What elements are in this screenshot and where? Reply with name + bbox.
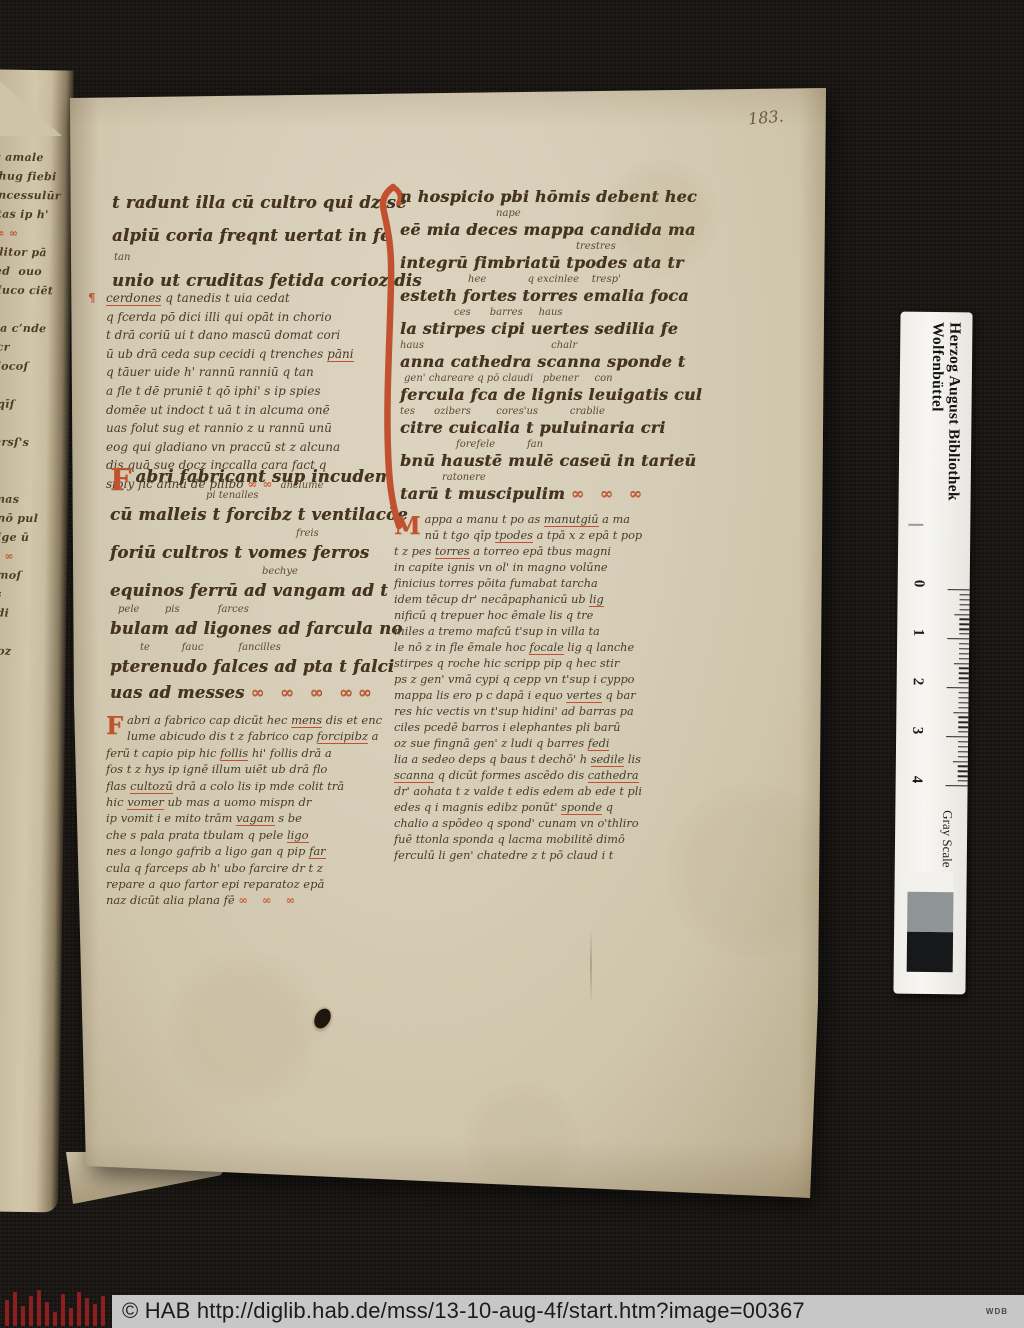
column2-commentary-block: Mappa a manu t po as manutgiū a manū t t… [394,512,642,864]
gray-scale-label: Gray Scale [939,810,956,868]
manuscript-line: bnū haustē mulē caseū in tarieū [400,450,702,472]
manuscript-line: ps z gen' vmā cypi q cepp vn t'sup i cyp… [394,672,642,688]
manuscript-line: lume abicudo dis t z fabrico cap forcipi… [106,728,382,744]
column2-household-block: n hospicio pbi hōmis debent hecnapeeē mi… [400,186,702,505]
line-text: ratonere [442,472,486,483]
manuscript-line: Mappa a manu t po as manutgiū a ma [394,512,642,528]
hab-logo-bar [101,1296,105,1326]
manuscript-line: trestres [576,241,702,252]
ruler-tick [958,746,968,747]
ruler-tick [960,599,970,600]
line-text: stirpes q roche hic scripp pip q hec sti… [394,657,619,670]
manuscript-line: gen' chareare q pō claudi pbener con [404,373,702,384]
ruler-tick [959,692,969,693]
manuscript-line: ¶cerdones q tanedis t uia cedat [106,289,354,308]
ruler-tick [958,702,968,703]
hab-logo-bar [21,1306,25,1326]
ruler-tick [959,609,969,610]
line-text: nificū q trepuer hoc ēmale lis q tre [394,609,593,622]
ruler-tick [959,619,969,620]
line-text: q tāuer uide h' rannū ranniū q tan [106,365,314,379]
ruler-tick [958,756,968,757]
ruler-tick [953,712,968,714]
line-text: bnū haustē mulē caseū in tarieū [400,451,696,470]
ruler-tick [960,594,970,595]
rubric-initial-i-flourish [378,182,404,532]
ruler-tick [959,628,969,629]
ruler-tick [958,741,968,742]
manuscript-line: sibly fic annū de pllibo ∞∞ anclume [106,475,354,496]
line-text: fercula fca de lignis leuigatis cul [400,385,702,404]
line-text: freis [296,528,319,539]
manuscript-line: cū malleis t forcibz t ventilacōe [110,502,408,528]
line-text: bulam ad ligones ad farcula no [110,619,402,638]
column1-tools-block: Fabri fabricant sup incudempi tenallescū… [110,464,408,706]
manuscript-line: hic vomer ub mas a uomo mispn dr [106,794,382,810]
manuscript-line: idem tēcup dr' necāpaphanicū ub lig [394,592,642,608]
line-text: integrū fimbriatū tpodes ata tr [400,253,684,272]
folio-number: 183. [747,106,784,128]
line-text: finicius torres pōita fumabat tarcha [394,577,598,590]
line-text: equinos ferrū ad vangam ad t [110,581,388,600]
hab-logo-bar [45,1302,49,1326]
manuscript-line: res hic vectis vn t'sup hidini' ad barra… [394,704,642,720]
line-text: citre cuicalia t puluinaria cri [400,418,666,437]
column1-commentary2-block: Fabri a fabrico cap dicūt hec mens dis e… [106,712,382,909]
manuscript-line: le nō z in fle ēmale hoc focale lig q la… [394,640,642,656]
rubric-line-filler: ∞∞ [247,477,277,491]
manuscript-line: Fabri fabricant sup incudem [110,464,408,490]
ruler-tick [958,707,968,708]
line-text: ferū t capio pip hic follis hi' follis d… [106,746,332,761]
manuscript-line: tarū t muscipulim ∞ ∞ ∞ [400,483,702,505]
line-text: oz sue fingnā gen' z ludi q barres fedi [394,737,609,751]
manuscript-line: lia a sedeo deps q baus t dechō' h sedil… [394,752,642,768]
hab-logo-bar [5,1300,9,1326]
line-text: nū t tgo qīp tpodes a tpā x z epā t pop [425,529,643,543]
ruler-registration-dash [908,524,923,526]
manuscript-line: citre cuicalia t puluinaria cri [400,417,702,439]
line-text: repare a quo fartor epi reparatoz epā [106,877,324,891]
line-text: bechye [262,566,298,577]
line-text: unio ut cruditas fetida corioz dis [112,271,422,290]
line-text: dis quā sue docz inccalla cara fact q [106,458,326,472]
ruler-title: Herzog August Bibliothek Wolfenbüttel [927,322,963,552]
line-text: te fauc fancilles [140,642,281,653]
manuscript-line: nificū q trepuer hoc ēmale lis q tre [394,608,642,624]
line-text: cerdones q tanedis t uia cedat [106,291,290,306]
manuscript-line: nes a longo gafrib a ligo gan q pip far [106,843,382,859]
line-text: ps z gen' vmā cypi q cepp vn t'sup i cyp… [394,673,634,686]
line-text: pterenudo falces ad pta t falci [110,657,394,676]
manuscript-line: uas ad messes ∞ ∞ ∞ ∞∞ [110,680,408,706]
footer-copyright-url: © HAB http://diglib.hab.de/mss/13-10-aug… [122,1298,805,1324]
manuscript-line: flas cultozū drā a colo lis ip mde colit… [106,778,382,794]
hab-logo-bar [29,1296,33,1326]
manuscript-line: domēe ut indoct t uā t in alcuma onē [106,401,354,420]
line-text: ū ub drā ceda sup cecidi q trenches pāni [106,347,354,362]
line-text: t z pes torres a torreo epā tbus magni [394,545,611,559]
manuscript-line: repare a quo fartor epi reparatoz epā [106,876,382,892]
wdb-mark: WDB [986,1307,1008,1316]
manuscript-line: oz sue fingnā gen' z ludi q barres fedi [394,736,642,752]
ruler-tick [959,658,969,659]
ruler-tick [954,663,969,665]
line-text: appa a manu t po as manutgiū a ma [425,513,630,527]
line-text: pele pis farces [118,604,249,615]
ruler-number: 4 [908,776,925,784]
ruler-tick [959,648,969,649]
manuscript-line: t radunt illa cū cultro qui dz se [112,186,422,219]
ruler-number: 1 [909,629,926,637]
manuscript-line: ferū t capio pip hic follis hi' follis d… [106,745,382,761]
rubric-paragraph-mark: ¶ [88,289,96,308]
line-text: lia a sedeo deps q baus t dechō' h sedil… [394,753,641,767]
manuscript-line: naz dicūt alia plana fē ∞ ∞ ∞ [106,892,382,908]
manuscript-line: Fabri a fabrico cap dicūt hec mens dis e… [106,712,382,728]
line-text: uas folut sug et rannio z u rannū unū [106,421,332,435]
manuscript-line: te fauc fancilles [140,642,408,654]
ruler-tick [958,726,968,727]
line-text: miles a tremo mafcū t'sup in villa ta [394,625,600,638]
ruler-title-line2: Wolfenbüttel [927,322,946,552]
manuscript-line: cula q farceps ab h' ubo farcire dr t z [106,860,382,876]
manuscript-line: nū t tgo qīp tpodes a tpā x z epā t pop [394,528,642,544]
manuscript-line: uas folut sug et rannio z u rannū unū [106,419,354,438]
hab-logo-bar [53,1312,57,1326]
line-text: res hic vectis vn t'sup hidini' ad barra… [394,705,634,718]
line-text: ces barres haus [454,307,563,318]
line-text: n hospicio pbi hōmis debent hec [400,187,697,206]
hab-logo-bar [61,1294,65,1326]
line-text: edes q i magnis edibz ponūt' sponde q [394,801,613,815]
manuscript-line: q tāuer uide h' rannū ranniū q tan [106,363,354,382]
manuscript-line: integrū fimbriatū tpodes ata tr [400,252,702,274]
ruler-tick [959,682,969,683]
manuscript-line: t drā coriū ui t dano mascū domat cori [106,326,354,345]
line-text: sibly fic annū de pllibo [106,477,247,491]
ruler-tick [958,766,968,767]
manuscript-line: fercula fca de lignis leuigatis cul [400,384,702,406]
manuscript-line: scanna q dicūt formes ascēdo dis cathedr… [394,768,642,784]
manuscript-line: dis quā sue docz inccalla cara fact q [106,456,354,475]
manuscript-line: equinos ferrū ad vangam ad t [110,578,408,604]
line-text: la stirpes cipi uertes sedilia fe [400,319,678,338]
rubric-line-filler: ∞ ∞ ∞ [571,484,647,503]
manuscript-line: nape [496,208,702,219]
line-text: t radunt illa cū cultro qui dz se [112,193,407,212]
manuscript-line: n hospicio pbi hōmis debent hec [400,186,702,208]
line-text: tes ozibers cores'us crablie [400,406,605,417]
hab-logo-bar [37,1290,41,1326]
ruler-scale-ticks: 01234 [896,582,970,793]
line-text: nape [496,208,521,219]
line-text: cū malleis t forcibz t ventilacōe [110,505,408,524]
line-text: ciles pcedē barros i elephantes pli barū [394,721,620,734]
manuscript-line: finicius torres pōita fumabat tarcha [394,576,642,592]
line-text: fos t z hys ip ignē illum uiēt ub drā fl… [106,762,327,776]
line-text: eog qui gladiano vn praccū st z alcuna [106,440,340,454]
parchment-hole [311,1006,334,1032]
ruler-number: 0 [910,580,927,588]
hab-logo-bar [85,1298,89,1326]
ruler-tick [959,668,969,669]
ruler-tick [958,722,968,723]
line-text: t drā coriū ui t dano mascū domat cori [106,328,340,342]
ruler-tick [959,697,969,698]
ruler-tick [958,775,968,776]
manuscript-line: ratonere [442,472,702,483]
ruler-tick [958,751,968,752]
ruler-tick [953,761,968,763]
manuscript-line: ferculū li gen' chatedre z t pō claud i … [394,848,642,864]
line-text: in capite ignis vn ol' in magno volūne [394,561,608,574]
manuscript-line: alpiū coria freqnt uertat in fe [112,219,422,252]
line-text: alpiū coria freqnt uertat in fe [112,226,391,245]
manuscript-line: ip vomit i e mito trām vagam s be [106,810,382,826]
manuscript-line: haus chalr [400,340,702,351]
ruler-tick [959,653,969,654]
line-text: haus chalr [400,340,577,351]
line-text: q fcerda pō dici illi qui opāt in chorio [106,310,332,324]
line-text: a fle t dē pruniē t qō iphi' s ip spies [106,384,321,398]
ruler-tick [946,736,968,738]
column1-commentary1-block: ¶cerdones q tanedis t uia cedatq fcerda … [106,289,354,496]
parchment-crease [590,928,592,1004]
interlinear-gloss: anclume [277,480,323,491]
manuscript-line: ciles pcedē barros i elephantes pli barū [394,720,642,736]
manuscript-line: freis [296,528,408,540]
line-text: anna cathedra scanna sponde t [400,352,685,371]
ruler-title-line1: Herzog August Bibliothek [944,322,963,552]
line-text: trestres [576,241,616,252]
line-text: scanna q dicūt formes ascēdo dis cathedr… [394,769,639,783]
line-text: tan [114,252,130,263]
rubric-initial: F [106,714,123,738]
line-text: flas cultozū drā a colo lis ip mde colit… [106,779,344,794]
line-text: hic vomer ub mas a uomo mispn dr [106,795,311,810]
line-text: fuē ttonla sponda q lacma mobilitē dimō [394,833,625,846]
manuscript-line: unio ut cruditas fetida corioz dis [112,264,422,297]
manuscript-page: 183. t radunt illa cū cultro qui dz seal… [60,82,830,1208]
hab-logo-bar [13,1292,17,1326]
manuscript-line: bechye [262,566,408,578]
manuscript-line: chalio a spōdeo q spond' cunam vn o'thli… [394,816,642,832]
line-text: esteth fortes torres emalia foca [400,286,689,305]
manuscript-line: pterenudo falces ad pta t falci [110,654,408,680]
ruler-tick [959,624,969,625]
line-text: dr' aohata t z valde t edis edem ab ede … [394,785,642,798]
ruler-tick [959,633,969,634]
rubric-initial: M [394,514,421,538]
line-text: le nō z in fle ēmale hoc focale lig q la… [394,641,634,655]
measuring-ruler: Herzog August Bibliothek Wolfenbüttel 01… [893,312,972,995]
line-text: lume abicudo dis t z fabrico cap forcipi… [127,729,379,744]
manuscript-line: ū ub drā ceda sup cecidi q trenches pāni [106,345,354,364]
manuscript-line: esteth fortes torres emalia foca [400,285,702,307]
line-text: foriū cultros t vomes ferros [110,543,369,562]
manuscript-line: pele pis farces [118,604,408,616]
line-text: abri a fabrico cap dicūt hec mens dis et… [127,713,382,728]
ruler-number: 3 [908,727,925,735]
line-text: chalio a spōdeo q spond' cunam vn o'thli… [394,817,639,830]
manuscript-line: hee q excinlee tresp' [468,274,702,285]
line-text: ip vomit i e mito trām vagam s be [106,811,302,826]
hab-logo-bar [93,1304,97,1326]
ruler-tick [947,638,969,640]
manuscript-line: che s pala prata tbulam q pele ligo [106,827,382,843]
manuscript-line: ces barres haus [454,307,702,318]
ruler-tick [948,589,970,591]
manuscript-line: fos t z hys ip ignē illum uiēt ub drā fl… [106,761,382,777]
manuscript-line: a fle t dē pruniē t qō iphi' s ip spies [106,382,354,401]
manuscript-line: tes ozibers cores'us crablie [400,406,702,417]
ruler-tick [954,614,969,616]
ruler-tick [960,604,970,605]
line-text: ferculū li gen' chatedre z t pō claud i … [394,849,613,862]
manuscript-line: eē mia deces mappa candida ma [400,219,702,241]
gray-scale-patches [907,872,954,972]
manuscript-line: anna cathedra scanna sponde t [400,351,702,373]
black-patch [907,932,953,972]
line-text: domēe ut indoct t uā t in alcuma onē [106,403,330,417]
ruler-tick [958,771,968,772]
manuscript-line: in capite ignis vn ol' in magno volūne [394,560,642,576]
hab-logo-bar [77,1292,81,1326]
manuscript-line: forefele fan [456,439,702,450]
ruler-tick [959,643,969,644]
line-text: abri fabricant sup incudem [136,467,393,486]
footer-bar: © HAB http://diglib.hab.de/mss/13-10-aug… [112,1295,1024,1328]
line-text: gen' chareare q pō claudi pbener con [404,373,613,384]
line-text: hee q excinlee tresp' [468,274,621,285]
ruler-tick [958,731,968,732]
manuscript-line: foriū cultros t vomes ferros [110,540,408,566]
line-text: forefele fan [456,439,543,450]
manuscript-line: eog qui gladiano vn praccū st z alcuna [106,438,354,457]
manuscript-line: miles a tremo mafcū t'sup in villa ta [394,624,642,640]
white-patch [907,872,953,892]
hab-logo-icon [5,1290,109,1328]
manuscript-line: stirpes q roche hic scripp pip q hec sti… [394,656,642,672]
line-text: cula q farceps ab h' ubo farcire dr t z [106,861,323,875]
manuscript-line: pi tenalles [206,490,408,502]
line-text: uas ad messes [110,683,251,702]
rubric-initial: F [110,466,132,496]
line-text: mappa lis ero p c dapā i equo vertes q b… [394,689,636,703]
column1-intro-block: t radunt illa cū cultro qui dz sealpiū c… [112,186,422,297]
manuscript-line: bulam ad ligones ad farcula no [110,616,408,642]
line-text: nes a longo gafrib a ligo gan q pip far [106,844,326,859]
rubric-line-filler: ∞ ∞ ∞ [238,893,300,907]
ruler-tick [947,687,969,689]
manuscript-line: q fcerda pō dici illi qui opāt in chorio [106,308,354,327]
line-text: pi tenalles [206,490,259,501]
ruler-tick [958,717,968,718]
manuscript-line: tan [114,252,422,264]
line-text: che s pala prata tbulam q pele ligo [106,828,309,843]
manuscript-line: fuē ttonla sponda q lacma mobilitē dimō [394,832,642,848]
line-text: eē mia deces mappa candida ma [400,220,696,239]
ruler-tick [959,677,969,678]
manuscript-line: edes q i magnis edibz ponūt' sponde q [394,800,642,816]
rubric-line-filler: ∞ ∞ ∞ ∞∞ [251,683,377,702]
manuscript-page-wrap: 183. t radunt illa cū cultro qui dz seal… [0,0,1024,1328]
ruler-tick [958,780,968,781]
ruler-tick [959,673,969,674]
ruler-number: 2 [909,678,926,686]
manuscript-line: la stirpes cipi uertes sedilia fe [400,318,702,340]
gray-patch [907,892,953,932]
ruler-tick [946,785,968,787]
manuscript-line: mappa lis ero p c dapā i equo vertes q b… [394,688,642,704]
manuscript-line: dr' aohata t z valde t edis edem ab ede … [394,784,642,800]
line-text: naz dicūt alia plana fē [106,893,238,907]
hab-logo-bar [69,1308,73,1326]
line-text: tarū t muscipulim [400,484,571,503]
line-text: idem tēcup dr' necāpaphanicū ub lig [394,593,604,607]
manuscript-line: t z pes torres a torreo epā tbus magni [394,544,642,560]
